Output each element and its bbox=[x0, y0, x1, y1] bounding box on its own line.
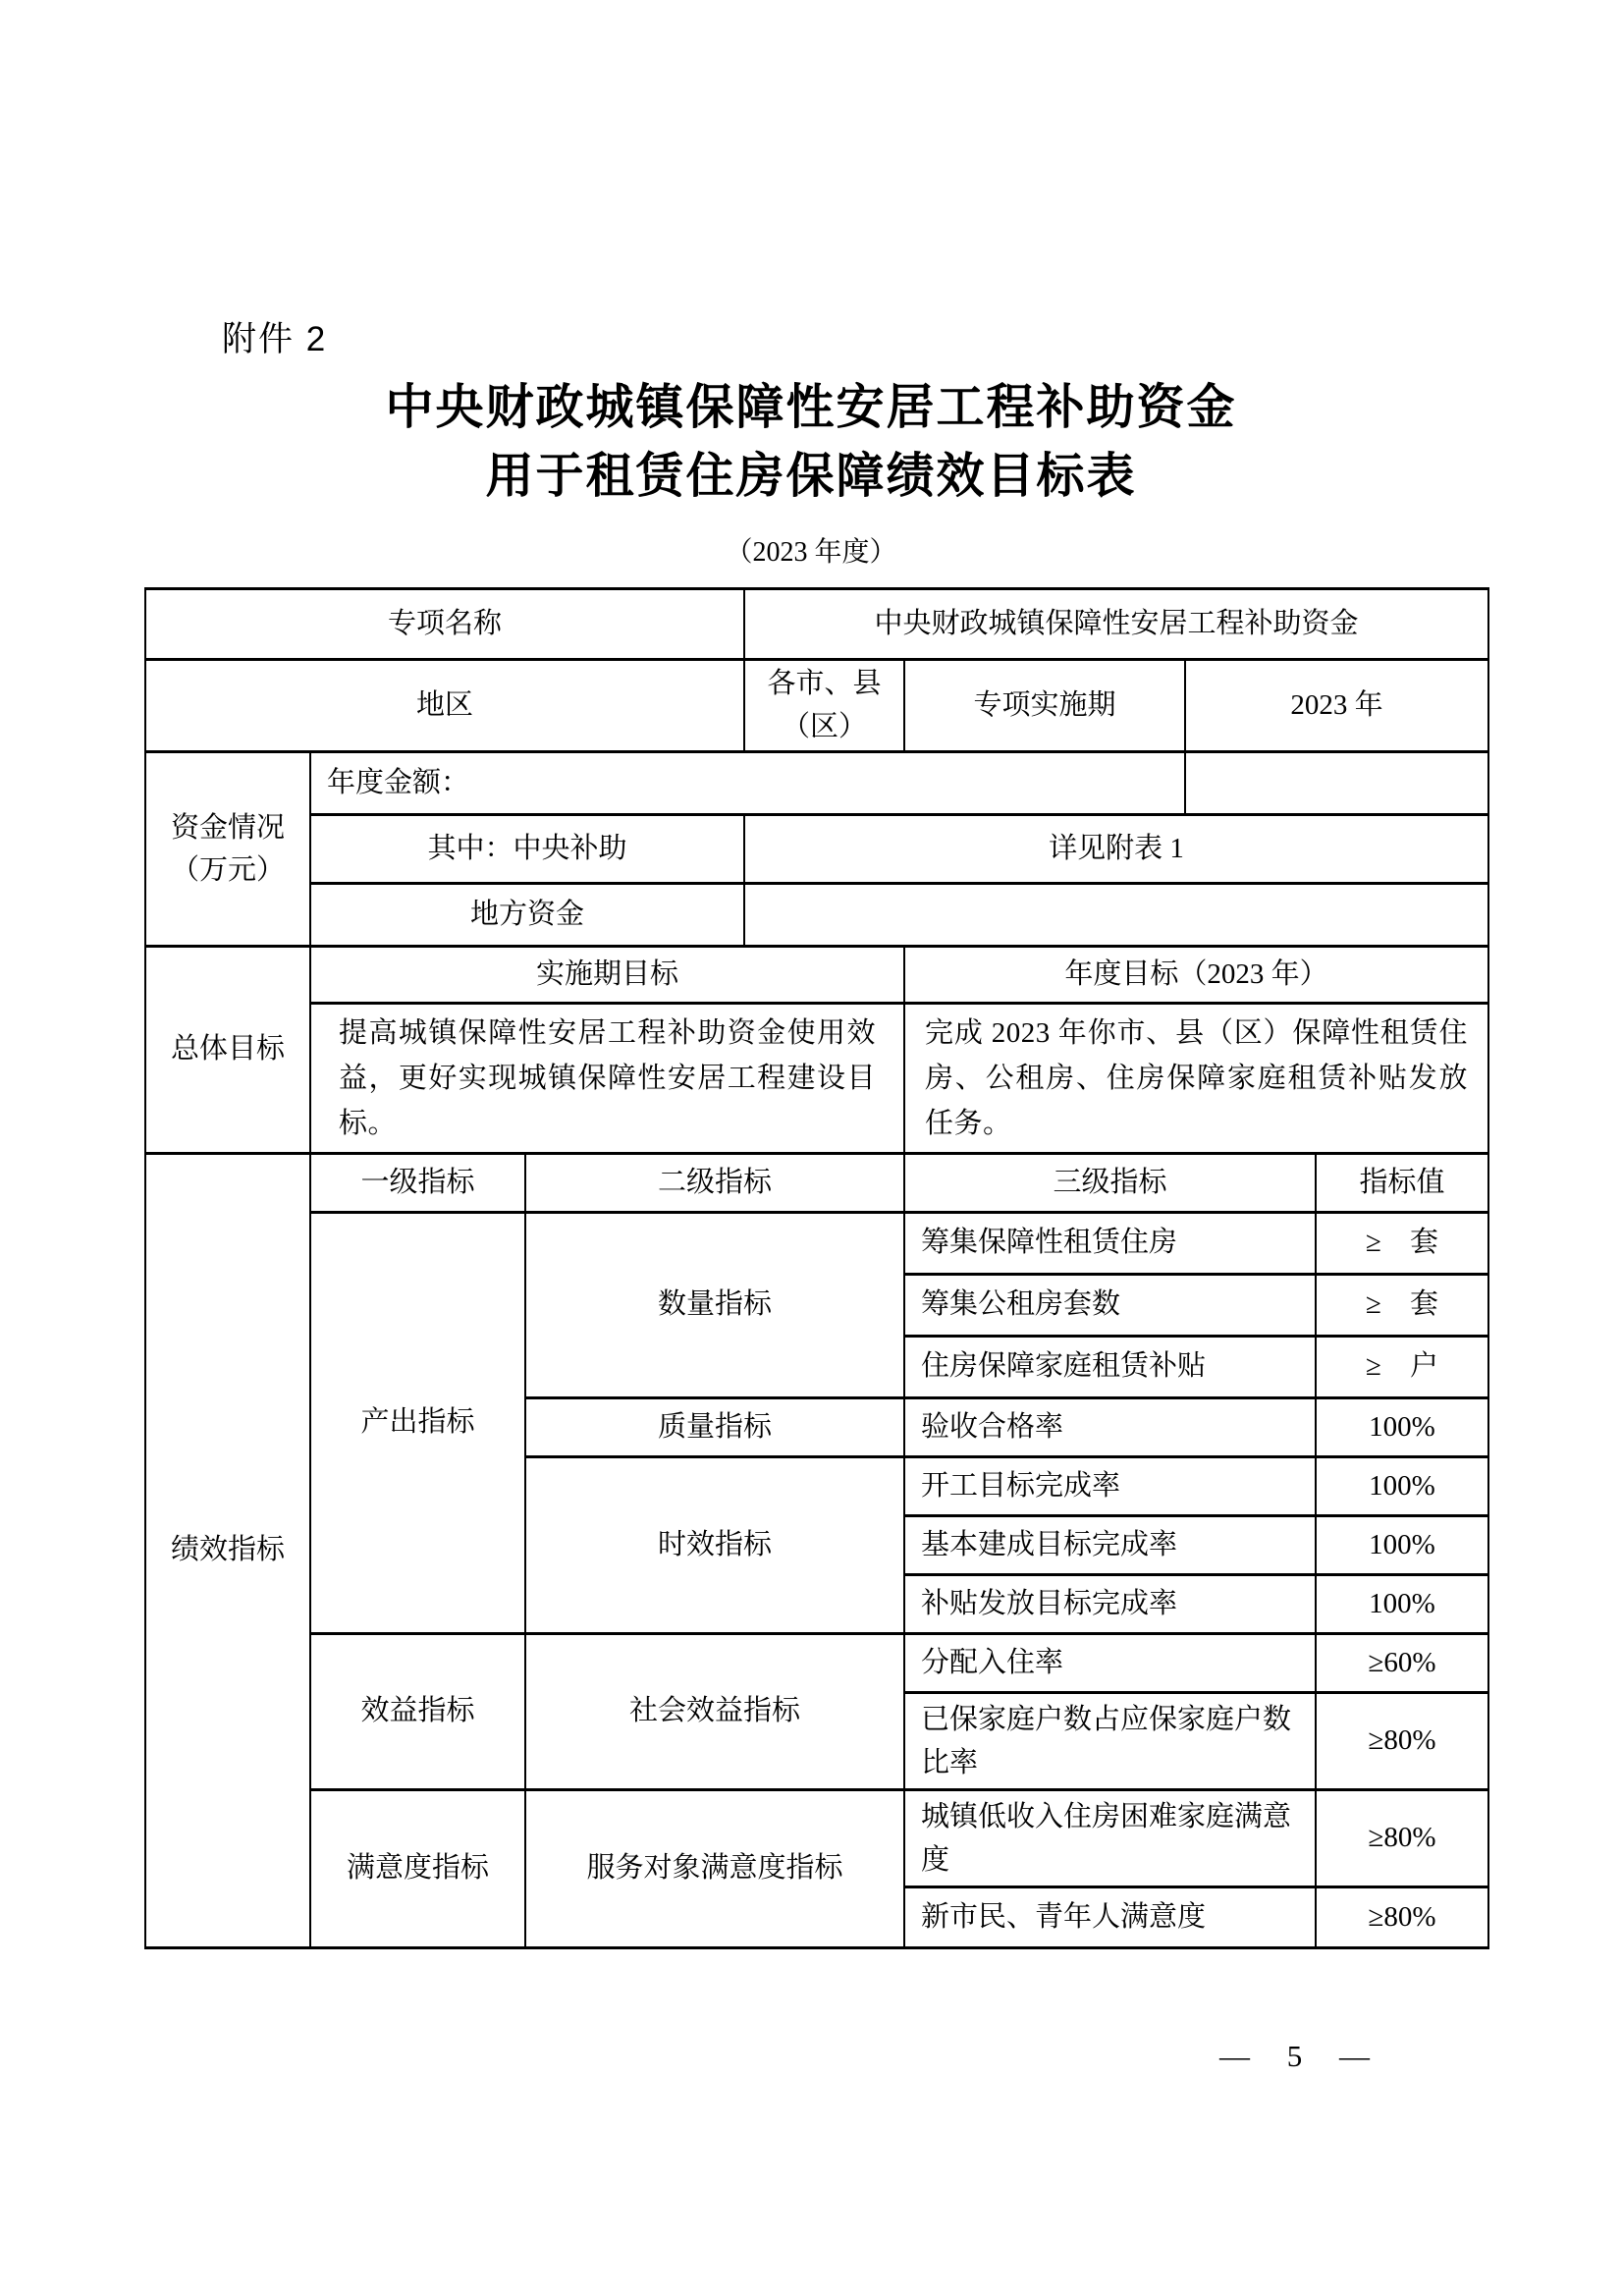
indicator-value: ≥80% bbox=[1316, 1693, 1488, 1790]
indicator-value: ≥60% bbox=[1316, 1634, 1488, 1693]
indicator-value: ≥80% bbox=[1316, 1887, 1488, 1948]
indicator-value: ≥ 套 bbox=[1316, 1275, 1488, 1337]
document-title-line-2: 用于租赁住房保障绩效目标表 bbox=[0, 442, 1622, 511]
project-name-label: 专项名称 bbox=[145, 589, 744, 660]
indicator-level1-output: 产出指标 bbox=[310, 1213, 525, 1634]
funding-section-label-line-1: 资金情况 bbox=[154, 807, 301, 848]
indicator-level3: 已保家庭户数占应保家庭户数比率 bbox=[904, 1693, 1316, 1790]
row-annual-amount: 资金情况 （万元） 年度金额： bbox=[145, 752, 1488, 815]
indicator-value: ≥80% bbox=[1316, 1790, 1488, 1887]
row-local-funds: 地方资金 bbox=[145, 884, 1488, 947]
row-indicator-headers: 绩效指标 一级指标 二级指标 三级指标 指标值 bbox=[145, 1154, 1488, 1213]
region-value: 各市、县（区） bbox=[744, 660, 904, 752]
overall-goal-section-label: 总体目标 bbox=[145, 947, 310, 1154]
implementation-period-value: 2023 年 bbox=[1185, 660, 1488, 752]
row-region: 地区 各市、县（区） 专项实施期 2023 年 bbox=[145, 660, 1488, 752]
indicator-level1-benefit: 效益指标 bbox=[310, 1634, 525, 1790]
row-central-subsidy: 其中：中央补助 详见附表 1 bbox=[145, 815, 1488, 884]
funding-section-label: 资金情况 （万元） bbox=[145, 752, 310, 947]
indicator-level3: 分配入住率 bbox=[904, 1634, 1316, 1693]
indicator-level3: 筹集保障性租赁住房 bbox=[904, 1213, 1316, 1275]
project-name-value: 中央财政城镇保障性安居工程补助资金 bbox=[744, 589, 1488, 660]
indicator-level3: 补贴发放目标完成率 bbox=[904, 1575, 1316, 1634]
document-subtitle: （2023 年度） bbox=[0, 530, 1622, 570]
performance-target-table: 专项名称 中央财政城镇保障性安居工程补助资金 地区 各市、县（区） 专项实施期 … bbox=[144, 587, 1489, 1949]
indicator-level3: 新市民、青年人满意度 bbox=[904, 1887, 1316, 1948]
annual-amount-value-cell bbox=[1185, 752, 1488, 815]
indicator-level2-social-benefit: 社会效益指标 bbox=[525, 1634, 904, 1790]
funding-section-label-line-2: （万元） bbox=[154, 849, 301, 891]
indicator-value: ≥ 套 bbox=[1316, 1213, 1488, 1275]
row-project-name: 专项名称 中央财政城镇保障性安居工程补助资金 bbox=[145, 589, 1488, 660]
indicator-value: 100% bbox=[1316, 1516, 1488, 1575]
indicator-level2-quantity: 数量指标 bbox=[525, 1213, 904, 1398]
indicator-level3: 验收合格率 bbox=[904, 1398, 1316, 1457]
indicator-header-level1: 一级指标 bbox=[310, 1154, 525, 1213]
indicator-row: 满意度指标 服务对象满意度指标 城镇低收入住房困难家庭满意度 ≥80% bbox=[145, 1790, 1488, 1887]
indicator-level3: 开工目标完成率 bbox=[904, 1457, 1316, 1516]
indicator-header-level3: 三级指标 bbox=[904, 1154, 1316, 1213]
document-title-line-1: 中央财政城镇保障性安居工程补助资金 bbox=[0, 373, 1622, 442]
document-page: 附件 2 中央财政城镇保障性安居工程补助资金 用于租赁住房保障绩效目标表 （20… bbox=[0, 0, 1622, 2296]
indicator-level3: 城镇低收入住房困难家庭满意度 bbox=[904, 1790, 1316, 1887]
indicator-value: ≥ 户 bbox=[1316, 1337, 1488, 1398]
indicator-value: 100% bbox=[1316, 1575, 1488, 1634]
document-title: 中央财政城镇保障性安居工程补助资金 用于租赁住房保障绩效目标表 bbox=[0, 373, 1622, 511]
indicator-header-level2: 二级指标 bbox=[525, 1154, 904, 1213]
indicators-section-label: 绩效指标 bbox=[145, 1154, 310, 1948]
implementation-period-label: 专项实施期 bbox=[904, 660, 1185, 752]
attachment-label: 附件 2 bbox=[222, 312, 327, 361]
annual-amount-label: 年度金额： bbox=[310, 752, 1185, 815]
central-subsidy-label: 其中：中央补助 bbox=[310, 815, 744, 884]
indicator-row: 效益指标 社会效益指标 分配入住率 ≥60% bbox=[145, 1634, 1488, 1693]
annual-goal-text: 完成 2023 年你市、县（区）保障性租赁住房、公租房、住房保障家庭租赁补贴发放… bbox=[904, 1004, 1488, 1154]
indicator-level3: 住房保障家庭租赁补贴 bbox=[904, 1337, 1316, 1398]
central-subsidy-value: 详见附表 1 bbox=[744, 815, 1488, 884]
row-goal-headers: 总体目标 实施期目标 年度目标（2023 年） bbox=[145, 947, 1488, 1004]
region-label: 地区 bbox=[145, 660, 744, 752]
period-goal-header: 实施期目标 bbox=[310, 947, 904, 1004]
local-funds-value-cell bbox=[744, 884, 1488, 947]
annual-goal-header: 年度目标（2023 年） bbox=[904, 947, 1488, 1004]
period-goal-text: 提高城镇保障性安居工程补助资金使用效益，更好实现城镇保障性安居工程建设目标。 bbox=[310, 1004, 904, 1154]
page-number: — 5 — bbox=[1219, 2039, 1371, 2074]
indicator-value: 100% bbox=[1316, 1457, 1488, 1516]
indicator-level2-quality: 质量指标 bbox=[525, 1398, 904, 1457]
indicator-level1-satisfaction: 满意度指标 bbox=[310, 1790, 525, 1948]
indicator-level3: 基本建成目标完成率 bbox=[904, 1516, 1316, 1575]
indicator-value: 100% bbox=[1316, 1398, 1488, 1457]
row-goal-texts: 提高城镇保障性安居工程补助资金使用效益，更好实现城镇保障性安居工程建设目标。 完… bbox=[145, 1004, 1488, 1154]
indicator-level3: 筹集公租房套数 bbox=[904, 1275, 1316, 1337]
indicator-level2-timeliness: 时效指标 bbox=[525, 1457, 904, 1634]
local-funds-label: 地方资金 bbox=[310, 884, 744, 947]
indicator-row: 产出指标 数量指标 筹集保障性租赁住房 ≥ 套 bbox=[145, 1213, 1488, 1275]
indicator-level2-service-satisfaction: 服务对象满意度指标 bbox=[525, 1790, 904, 1948]
indicator-header-value: 指标值 bbox=[1316, 1154, 1488, 1213]
